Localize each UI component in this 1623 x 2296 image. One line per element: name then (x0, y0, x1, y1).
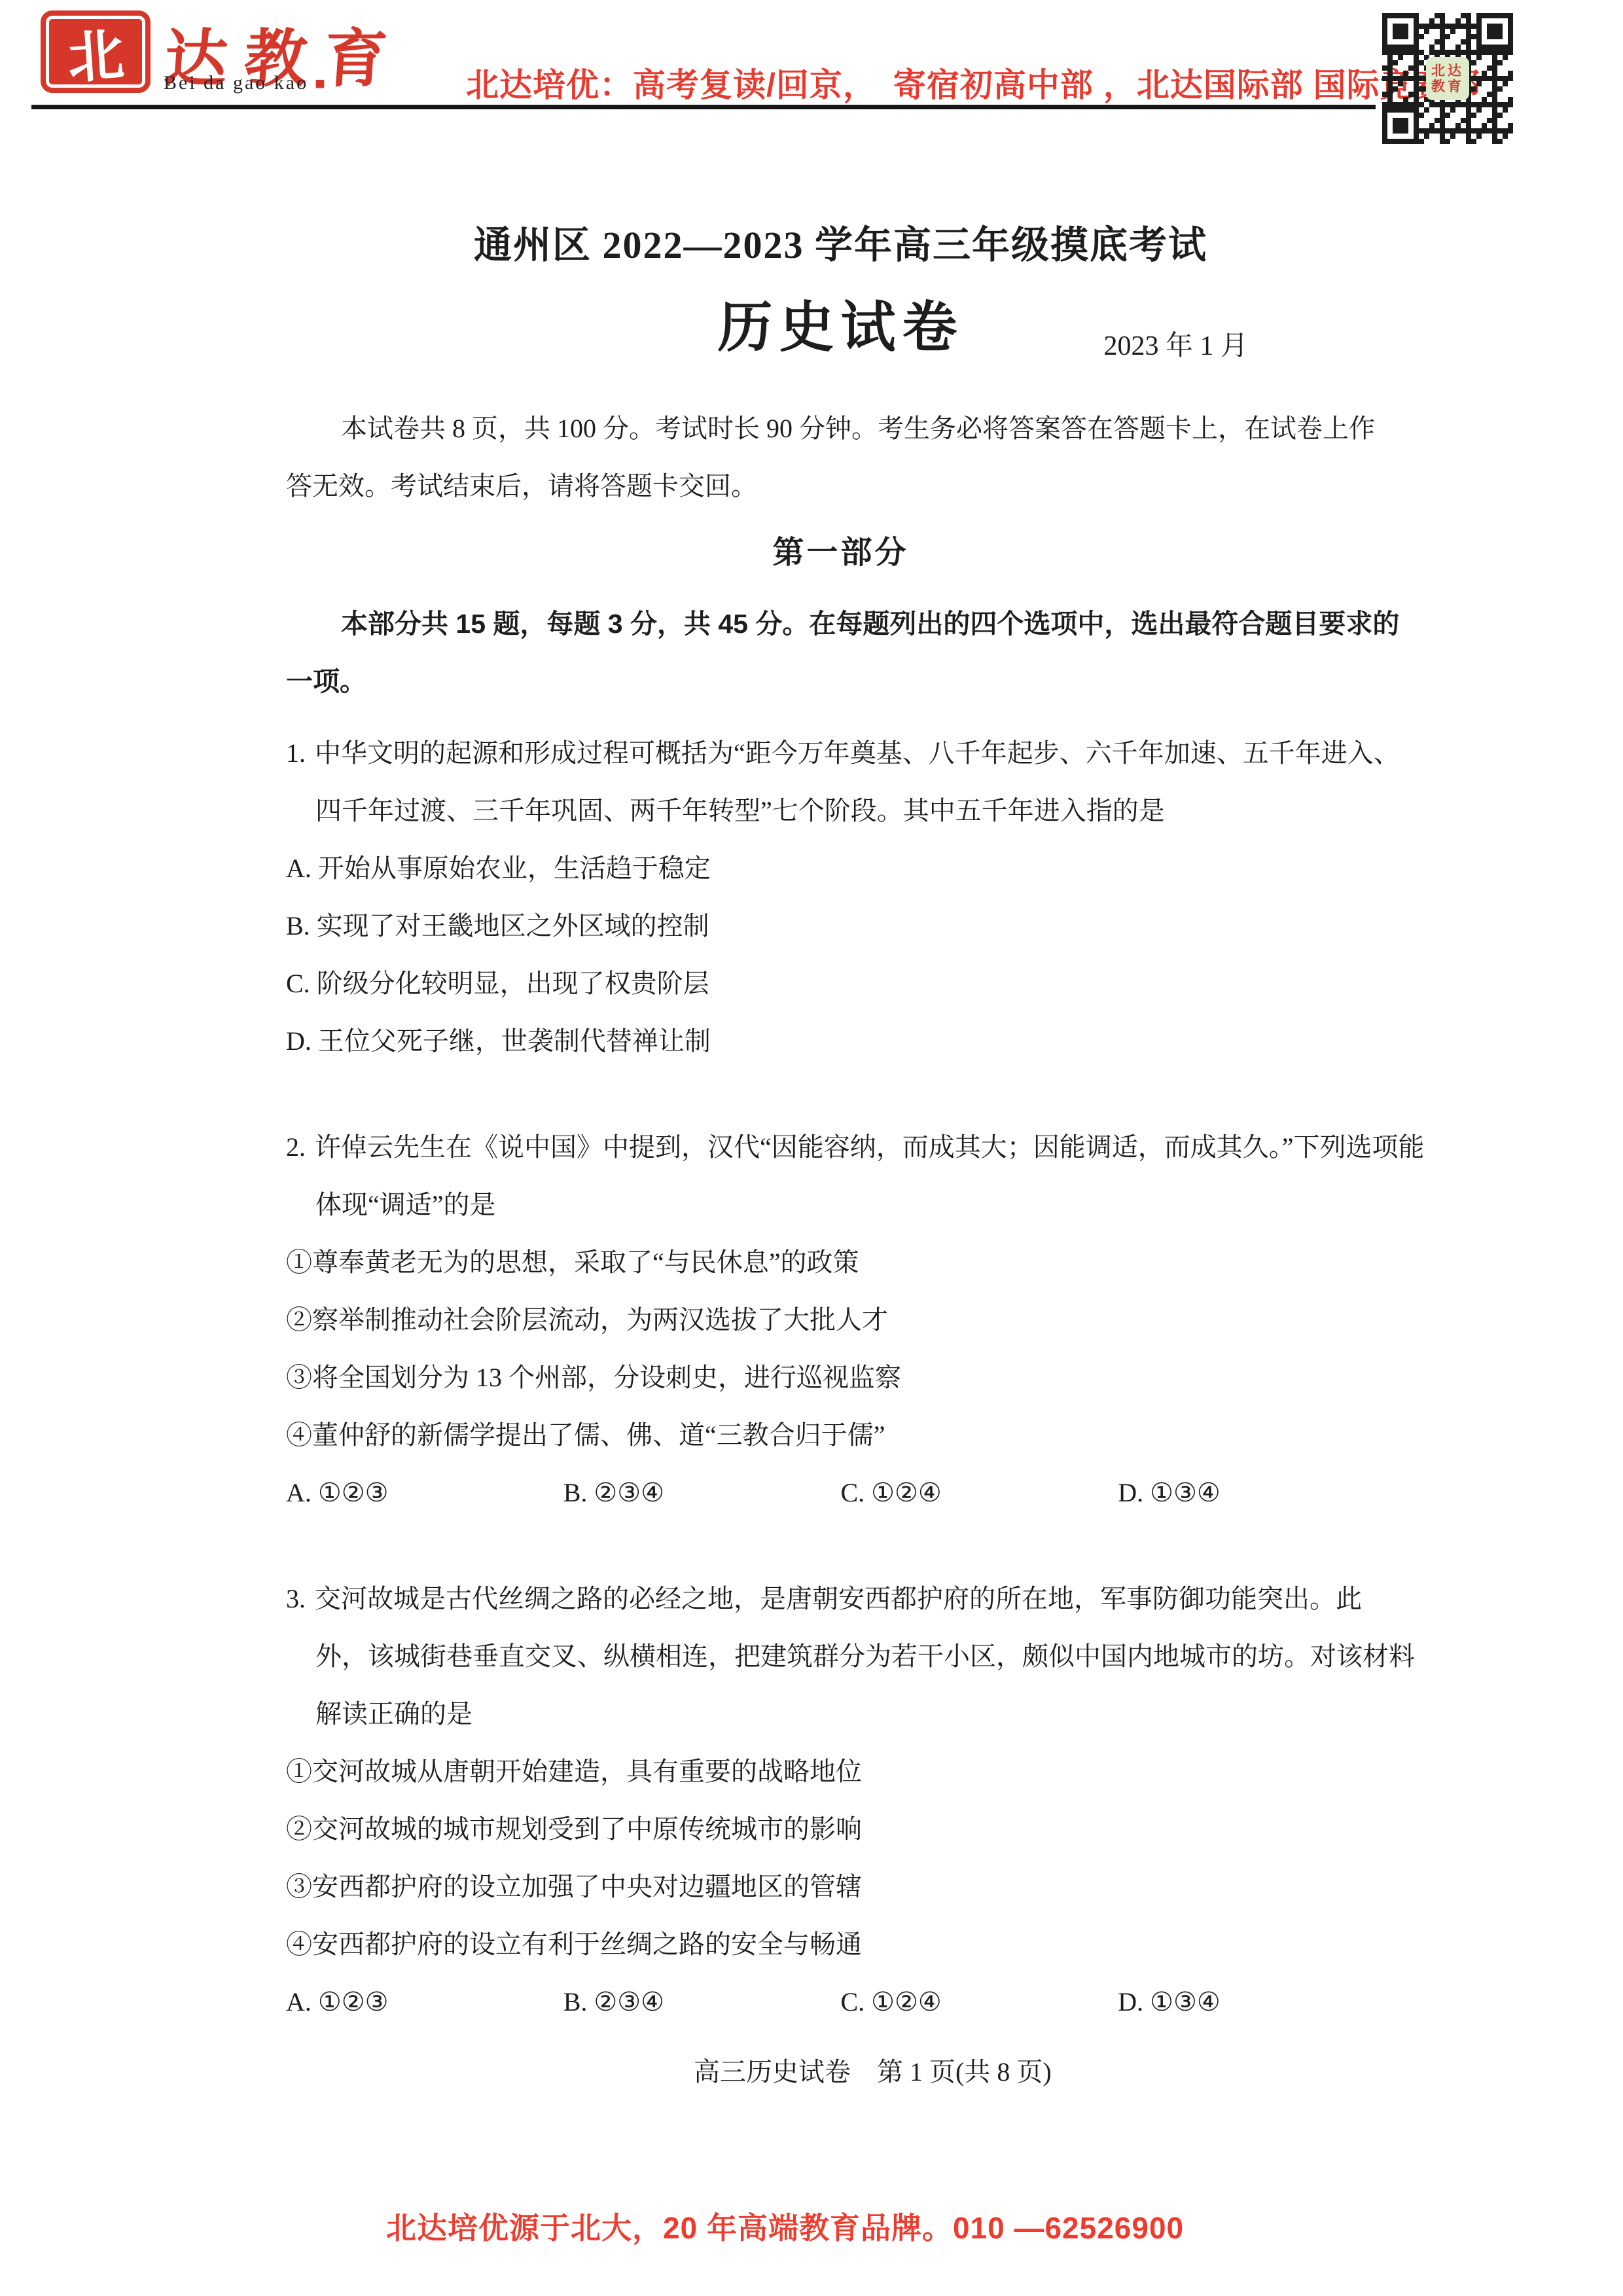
question-stem-text: 许倬云先生在《说中国》中提到，汉代“因能容纳，而成其大；因能调适，而成其久。”下… (315, 1132, 1425, 1162)
bottom-slogan: 北达培优源于北大，20 年高端教育品牌。010 —62526900 (386, 2204, 1184, 2248)
section-heading: 第一部分 (286, 528, 1395, 578)
option-c: C. ①②④ (841, 1973, 1118, 2031)
qr-label-line1: 北达 (1431, 63, 1464, 79)
option-a: A. 开始从事原始农业，生活趋于稳定 (286, 840, 1395, 897)
question-stem-line: 体现“调适”的是 (286, 1176, 1395, 1234)
notice-line: 本试卷共 8 页，共 100 分。考试时长 90 分钟。考生务必将答案答在答题卡… (286, 400, 1395, 457)
header-slogan: 北达培优：高考复读/回京， 寄宿初高中部 ，北达国际部 国际竞赛部 (466, 59, 1480, 106)
exam-paper-page: 北 达教育 Bei da gao kao■ 北达培优：高考复读/回京， 寄宿初高… (0, 0, 1623, 2296)
section-instructions: 本部分共 15 题，每题 3 分，共 45 分。在每题列出的四个选项中，选出最符… (286, 595, 1395, 710)
notice-line: 答无效。考试结束后，请将答题卡交回。 (286, 457, 1395, 515)
page-number-footer: 高三历史试卷 第 1 页(共 8 页) (694, 2053, 1052, 2092)
option-d: D. ①③④ (1118, 1464, 1395, 1522)
question-stem-line: 解读正确的是 (286, 1685, 1395, 1743)
numbered-item-4: ④安西都护府的设立有利于丝绸之路的安全与畅通 (286, 1916, 1395, 1973)
qr-label-line2: 教育 (1431, 79, 1464, 94)
options-row: A. ①②③ B. ②③④ C. ①②④ D. ①③④ (286, 1973, 1395, 2031)
question-stem-text: 中华文明的起源和形成过程可概括为“距今万年奠基、八千年起步、六千年加速、五千年进… (315, 738, 1400, 768)
instruction-line: 一项。 (286, 653, 1395, 710)
exam-date: 2023 年 1 月 (1103, 324, 1248, 363)
qr-code: 北达 教育 (1382, 13, 1513, 144)
brand-logo-caption: Bei da gao kao■ (164, 72, 327, 94)
question-stem-line: 1.中华文明的起源和形成过程可概括为“距今万年奠基、八千年起步、六千年加速、五千… (286, 725, 1395, 782)
question-stem-line: 3.交河故城是古代丝绸之路的必经之地，是唐朝安西都护府的所在地，军事防御功能突出… (286, 1570, 1395, 1628)
question-3: 3.交河故城是古代丝绸之路的必经之地，是唐朝安西都护府的所在地，军事防御功能突出… (286, 1570, 1395, 2031)
numbered-item-1: ①尊奉黄老无为的思想，采取了“与民休息”的政策 (286, 1234, 1395, 1291)
question-2: 2.许倬云先生在《说中国》中提到，汉代“因能容纳，而成其大；因能调适，而成其久。… (286, 1119, 1395, 1522)
question-number: 1. (286, 738, 306, 768)
option-a: A. ①②③ (286, 1464, 563, 1522)
qr-center-label: 北达 教育 (1426, 57, 1469, 100)
option-d: D. ①③④ (1118, 1973, 1395, 2031)
question-stem-text: 交河故城是古代丝绸之路的必经之地，是唐朝安西都护府的所在地，军事防御功能突出。此 (315, 1584, 1362, 1613)
question-stem-line: 四千年过渡、三千年巩固、两千年转型”七个阶段。其中五千年进入指的是 (286, 782, 1395, 840)
options-row: A. ①②③ B. ②③④ C. ①②④ D. ①③④ (286, 1464, 1395, 1522)
question-1: 1.中华文明的起源和形成过程可概括为“距今万年奠基、八千年起步、六千年加速、五千… (286, 725, 1395, 1070)
header-divider-rule (31, 105, 1376, 109)
numbered-item-1: ①交河故城从唐朝开始建造，具有重要的战略地位 (286, 1743, 1395, 1801)
option-c: C. 阶级分化较明显，出现了权贵阶层 (286, 955, 1395, 1013)
question-number: 2. (286, 1132, 306, 1162)
numbered-item-2: ②交河故城的城市规划受到了中原传统城市的影响 (286, 1801, 1395, 1858)
numbered-item-4: ④董仲舒的新儒学提出了儒、佛、道“三教合归于儒” (286, 1407, 1395, 1464)
exam-title: 通州区 2022—2023 学年高三年级摸底考试 (286, 223, 1395, 268)
instruction-line: 本部分共 15 题，每题 3 分，共 45 分。在每题列出的四个选项中，选出最符… (286, 595, 1395, 653)
question-stem-line: 2.许倬云先生在《说中国》中提到，汉代“因能容纳，而成其大；因能调适，而成其久。… (286, 1119, 1395, 1176)
brand-logo-caption-text: Bei da gao kao (164, 72, 308, 94)
option-b: B. ②③④ (563, 1464, 841, 1522)
option-a: A. ①②③ (286, 1973, 563, 2031)
red-square-icon: ■ (315, 74, 327, 93)
exam-notice: 本试卷共 8 页，共 100 分。考试时长 90 分钟。考生务必将答案答在答题卡… (286, 400, 1395, 515)
question-number: 3. (286, 1584, 306, 1613)
numbered-item-2: ②察举制推动社会阶层流动，为两汉选拔了大批人才 (286, 1291, 1395, 1349)
option-b: B. ②③④ (563, 1973, 841, 2031)
question-stem-line: 外，该城街巷垂直交叉、纵横相连，把建筑群分为若干小区，颇似中国内地城市的坊。对该… (286, 1628, 1395, 1685)
option-c: C. ①②④ (841, 1464, 1118, 1522)
brand-seal-logo: 北 (41, 10, 151, 93)
subject-title-row: 历史试卷 2023 年 1 月 (286, 291, 1395, 366)
option-d: D. 王位父死子继，世袭制代替禅让制 (286, 1013, 1395, 1070)
numbered-item-3: ③安西都护府的设立加强了中央对边疆地区的管辖 (286, 1858, 1395, 1916)
exam-content: 通州区 2022—2023 学年高三年级摸底考试 历史试卷 2023 年 1 月… (286, 196, 1395, 2031)
option-b: B. 实现了对王畿地区之外区域的控制 (286, 897, 1395, 955)
numbered-item-3: ③将全国划分为 13 个州部，分设刺史，进行巡视监察 (286, 1349, 1395, 1407)
seal-character: 北 (65, 9, 126, 94)
